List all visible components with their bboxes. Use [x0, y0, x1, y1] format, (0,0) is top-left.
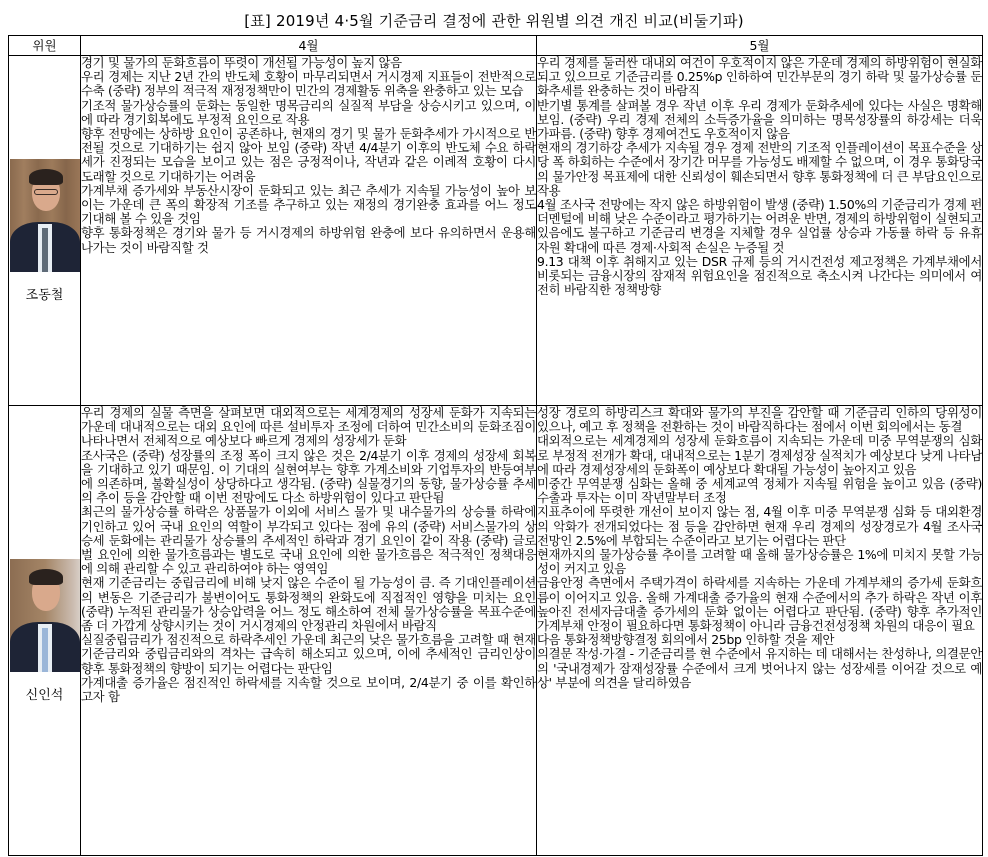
may-opinion-cell: 성장 경로의 하방리스크 확대와 물가의 부진을 감안할 때 기준금리 인하의 … [537, 406, 983, 856]
april-opinion-cell: 경기 및 물가의 둔화흐름이 뚜렷이 개선될 가능성이 높지 않음 우리 경제는… [81, 56, 537, 406]
header-member: 위원 [9, 36, 81, 56]
opinion-paragraph: 현재의 경기하강 추세가 지속될 경우 경제 전반의 기조적 인플레이션이 목표… [537, 141, 982, 198]
table-row: 신인석 우리 경제의 실물 측면을 살펴보면 대외적으로는 세계경제의 성장세 … [9, 406, 983, 856]
opinion-paragraph: 우리 경제를 둘러싼 대내외 여건이 우호적이지 않은 가운데 경제의 하방위험… [537, 56, 982, 99]
member-photo [10, 559, 80, 672]
may-opinion-cell: 우리 경제를 둘러싼 대내외 여건이 우호적이지 않은 가운데 경제의 하방위험… [537, 56, 983, 406]
header-row: 위원 4월 5월 [9, 36, 983, 56]
member-cell: 조동철 [9, 56, 81, 406]
opinion-paragraph: 조사국은 (중략) 성장률의 조정 폭이 크지 않은 것은 2/4분기 이후 경… [81, 449, 536, 506]
april-opinion-cell: 우리 경제의 실물 측면을 살펴보면 대외적으로는 세계경제의 성장세 둔화가 … [81, 406, 537, 856]
opinion-paragraph: 향후 전망에는 상하방 요인이 공존하나, 현재의 경기 및 물가 둔화추세가 … [81, 127, 536, 184]
opinion-paragraph: 향후 통화정책은 경기와 물가 등 거시경제의 하방위험 완충에 보다 유의하면… [81, 226, 536, 254]
opinion-paragraph: 가계부채 증가세와 부동산시장이 둔화되고 있는 최근 추세가 지속될 가능성이… [81, 184, 536, 227]
opinion-paragraph: 성장 경로의 하방리스크 확대와 물가의 부진을 감안할 때 기준금리 인하의 … [537, 406, 982, 434]
opinion-paragraph: 가계대출 증가율은 점진적인 하락세를 지속할 것으로 보이며, 2/4분기 중… [81, 676, 536, 704]
table-title: [표] 2019년 4·5월 기준금리 결정에 관한 위원별 의견 개진 비교(… [0, 10, 988, 31]
member-name: 신인석 [9, 684, 80, 703]
opinion-paragraph: 현재까지의 물가상승률 추이를 고려할 때 올해 물가상승률은 1%에 미치지 … [537, 548, 982, 576]
opinion-paragraph: 지표추이에 뚜렷한 개선이 보이지 않는 점, 4월 이후 미중 무역분쟁 심화… [537, 505, 982, 548]
opinion-paragraph: 실질중립금리가 점진적으로 하락추세인 가운데 최근의 낮은 물가흐름을 고려할… [81, 633, 536, 676]
opinion-paragraph: 대외적으로는 세계경제의 성장세 둔화흐름이 지속되는 가운데 미중 무역분쟁의… [537, 434, 982, 477]
opinion-paragraph: 의결문 작성·가결 - 기준금리를 현 수준에서 유지하는 데 대해서는 찬성하… [537, 647, 982, 690]
opinion-paragraph: 우리 경제는 지난 2년 간의 반도체 호황이 마무리되면서 거시경제 지표들이… [81, 70, 536, 98]
opinion-paragraph: 최근의 물가상승률 하락은 상품물가 이외에 서비스 물가 및 내수물가의 상승… [81, 505, 536, 576]
opinion-paragraph: 미중간 무역분쟁 심화는 올해 중 세계교역 정체가 지속될 위험을 높이고 있… [537, 477, 982, 505]
opinion-paragraph: 9.13 대책 이후 취해지고 있는 DSR 규제 등의 거시건전성 제고정책은… [537, 255, 982, 298]
opinion-paragraph: 4월 조사국 전망에는 작지 않은 하방위험이 발생 (중략) 1.50%의 기… [537, 198, 982, 255]
member-cell: 신인석 [9, 406, 81, 856]
opinion-paragraph: 경기 및 물가의 둔화흐름이 뚜렷이 개선될 가능성이 높지 않음 [81, 56, 536, 70]
opinion-paragraph: 기조적 물가상승률의 둔화는 동일한 명목금리의 실질적 부담을 상승시키고 있… [81, 99, 536, 127]
opinion-paragraph: 현재 기준금리는 중립금리에 비해 낮지 않은 수준이 될 가능성이 큼. 즉 … [81, 576, 536, 633]
opinion-comparison-table: 위원 4월 5월 조동철 경기 및 물가의 둔화흐름이 뚜렷이 개선될 가능성이… [8, 35, 983, 856]
table-row: 조동철 경기 및 물가의 둔화흐름이 뚜렷이 개선될 가능성이 높지 않음 우리… [9, 56, 983, 406]
header-may: 5월 [537, 36, 983, 56]
opinion-paragraph: 금융안정 측면에서 주택가격이 하락세를 지속하는 가운데 가계부채의 증가세 … [537, 576, 982, 633]
opinion-paragraph: 반기별 통계를 살펴볼 경우 작년 이후 우리 경제가 둔화추세에 있다는 사실… [537, 99, 982, 142]
opinion-paragraph: 다음 통화정책방향결정 회의에서 25bp 인하할 것을 제안 [537, 633, 982, 647]
opinion-paragraph: 우리 경제의 실물 측면을 살펴보면 대외적으로는 세계경제의 성장세 둔화가 … [81, 406, 536, 449]
member-name: 조동철 [9, 284, 80, 303]
member-photo [10, 159, 80, 272]
header-april: 4월 [81, 36, 537, 56]
